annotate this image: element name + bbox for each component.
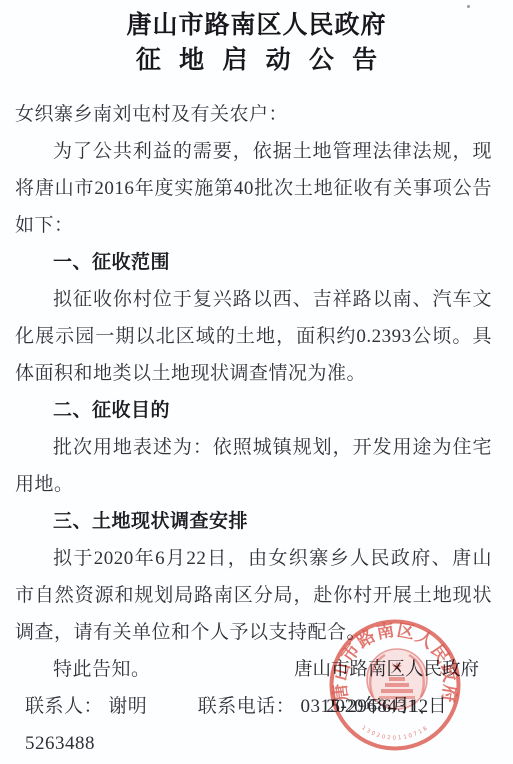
section-3-heading: 三、土地现状调查安排: [15, 503, 492, 540]
contact-person-name: 谢明: [108, 696, 147, 717]
intro-paragraph: 为了公共利益的需要，依据土地管理法律法规，现将唐山市2016年度实施第40批次土…: [15, 133, 492, 244]
section-2-heading: 二、征收目的: [15, 392, 492, 429]
scan-speck: [467, 5, 470, 8]
section-1-text: 拟征收你村位于复兴路以西、吉祥路以南、汽车文化展示园一期以北区域的土地，面积约0…: [15, 281, 492, 392]
contact-phone-label: 联系电话：: [198, 696, 296, 717]
notice-title: 征 地 启 动 公 告: [0, 40, 513, 75]
land-acquisition-notice-page: 唐山市路南区人民政府 征 地 启 动 公 告 女织寨乡南刘屯村及有关农户： 为了…: [0, 0, 513, 764]
signature-date: 2020年6月12日: [294, 689, 479, 726]
signature-block: 唐山市路南区人民政府 2020年6月12日: [294, 652, 479, 726]
signature-issuer: 唐山市路南区人民政府: [294, 652, 479, 689]
salutation: 女织寨乡南刘屯村及有关农户：: [15, 96, 492, 133]
issuer-title: 唐山市路南区人民政府: [0, 0, 513, 40]
section-1-heading: 一、征收范围: [15, 244, 492, 281]
contact-person-label: 联系人：: [25, 696, 103, 717]
section-3-text: 拟于2020年6月22日，由女织寨乡人民政府、唐山市自然资源和规划局路南区分局，…: [15, 540, 492, 651]
section-2-text: 批次用地表述为：依照城镇规划，开发用途为住宅用地。: [15, 429, 492, 503]
